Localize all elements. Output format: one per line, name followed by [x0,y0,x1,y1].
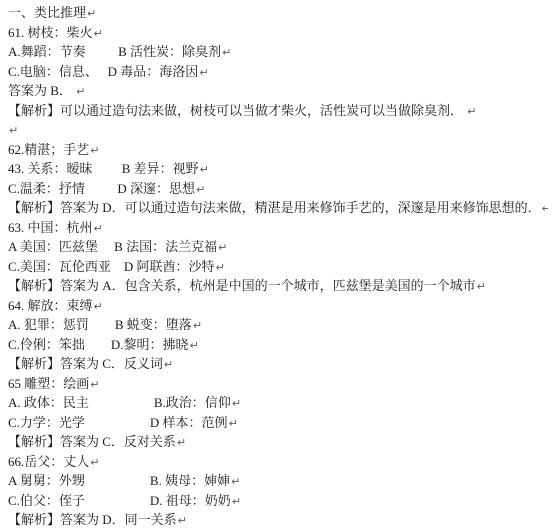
paragraph-mark-icon: ↵ [195,183,205,196]
q63-options-ab: A 美国：匹兹堡 B 法国：法兰克福↵ [8,237,548,257]
q64-options-cd-text: C.伶俐：笨拙 D.黎明：拂晓 [8,337,189,352]
paragraph-mark-icon: ↵ [476,280,486,293]
paragraph-mark-icon: ↵ [176,436,186,449]
q61-stem: 61. 树枝：柴火↵ [8,23,548,43]
exam-document-page: 一、类比推理↵ 61. 树枝：柴火↵ A.舞蹈：节奏 B 活性炭：除臭剂↵ C.… [0,0,553,528]
paragraph-mark-icon: ↵ [228,417,238,430]
q65-options-ab-text: A. 政体：民主 B.政治：信仰 [8,395,231,410]
q64-stem-text: 64. 解放：束缚 [8,298,93,313]
paragraph-mark-icon: ↵ [231,397,241,410]
q61-options-cd: C.电脑：信息、 D 毒品：海洛因↵ [8,62,548,82]
q66-options-cd: C.伯父：侄子 D. 祖母：奶奶↵ [8,491,548,511]
q65-options-ab: A. 政体：民主 B.政治：信仰↵ [8,393,548,413]
paragraph-mark-icon: ↵ [189,339,199,352]
paragraph-mark-icon: ↵ [89,378,99,391]
q63-options-cd-text: C.美国：瓦伦西亚 D 阿联酋：沙特 [8,259,215,274]
q63-analysis: 【解析】答案为 A．包含关系，杭州是中国的一个城市，匹兹堡是美国的一个城市↵ [8,276,548,296]
q62-options-ab-text: 43. 关系：暧昧 B 差异：视野 [8,161,199,176]
q64-stem: 64. 解放：束缚↵ [8,296,548,316]
paragraph-mark-icon: ↵ [163,358,173,371]
q62-options-cd: C.温柔：抒情 D 深邃：思想↵ [8,179,548,199]
section-title-text: 一、类比推理 [8,5,86,20]
q63-stem-text: 63. 中国：杭州 [8,220,93,235]
paragraph-mark-icon: ↵ [199,163,209,176]
blank-line: ↵ [8,120,548,140]
q62-analysis: 【解析】答案为 D．可以通过造句法来做，精湛是用来修饰手艺的，深邃是用来修饰思想… [8,198,548,218]
q61-options-ab: A.舞蹈：节奏 B 活性炭：除臭剂↵ [8,42,548,62]
q64-options-ab: A. 犯罪：惩罚 B 蜕变：堕落↵ [8,315,548,335]
q65-analysis: 【解析】答案为 C．反对关系↵ [8,432,548,452]
q62-analysis-text: 【解析】答案为 D．可以通过造句法来做，精湛是用来修饰手艺的，深邃是用来修饰思想… [8,200,541,215]
q61-answer-text: 答案为 B． [8,83,75,98]
q61-analysis: 【解析】可以通过造句法来做，树枝可以当做才柴火，活性炭可以当做除臭剂． ↵ [8,101,548,121]
q63-stem: 63. 中国：杭州↵ [8,218,548,238]
q66-analysis-text: 【解析】答案为 D．同一关系 [8,512,177,527]
paragraph-mark-icon: ↵ [93,300,103,313]
paragraph-mark-icon: ↵ [8,124,18,137]
q62-stem: 62.精湛；手艺↵ [8,140,548,160]
q66-stem-text: 66.岳父：丈人 [8,454,89,469]
q62-options-ab: 43. 关系：暧昧 B 差异：视野↵ [8,159,548,179]
q66-analysis: 【解析】答案为 D．同一关系↵ [8,510,548,528]
q66-options-ab-text: A 舅舅：外甥 B. 姨母：婶婶 [8,473,230,488]
q61-analysis-text: 【解析】可以通过造句法来做，树枝可以当做才柴火，活性炭可以当做除臭剂． [8,103,466,118]
paragraph-mark-icon: ↵ [466,105,476,118]
paragraph-mark-icon: ↵ [177,514,187,527]
q63-options-ab-text: A 美国：匹兹堡 B 法国：法兰克福 [8,239,217,254]
q65-analysis-text: 【解析】答案为 C．反对关系 [8,434,176,449]
q65-stem-text: 65 雕塑：绘画 [8,376,89,391]
paragraph-mark-icon: ↵ [217,241,227,254]
q64-analysis: 【解析】答案为 C．反义词↵ [8,354,548,374]
paragraph-mark-icon: ↵ [89,144,99,157]
paragraph-mark-icon: ↵ [75,85,85,98]
q65-stem: 65 雕塑：绘画↵ [8,374,548,394]
paragraph-mark-icon: ↵ [198,66,208,79]
q63-analysis-text: 【解析】答案为 A．包含关系，杭州是中国的一个城市，匹兹堡是美国的一个城市 [8,278,476,293]
q62-stem-text: 62.精湛；手艺 [8,142,89,157]
q61-answer: 答案为 B． ↵ [8,81,548,101]
q66-stem: 66.岳父：丈人↵ [8,452,548,472]
paragraph-mark-icon: ↵ [541,202,548,215]
paragraph-mark-icon: ↵ [93,222,103,235]
q62-options-cd-text: C.温柔：抒情 D 深邃：思想 [8,181,195,196]
q61-options-cd-text: C.电脑：信息、 D 毒品：海洛因 [8,64,198,79]
q64-analysis-text: 【解析】答案为 C．反义词 [8,356,163,371]
q65-options-cd: C.力学：光学 D 样本：范例↵ [8,413,548,433]
paragraph-mark-icon: ↵ [215,261,225,274]
paragraph-mark-icon: ↵ [221,46,231,59]
paragraph-mark-icon: ↵ [230,475,240,488]
paragraph-mark-icon: ↵ [192,319,202,332]
q66-options-ab: A 舅舅：外甥 B. 姨母：婶婶↵ [8,471,548,491]
q65-options-cd-text: C.力学：光学 D 样本：范例 [8,415,228,430]
paragraph-mark-icon: ↵ [89,456,99,469]
q64-options-cd: C.伶俐：笨拙 D.黎明：拂晓↵ [8,335,548,355]
q66-options-cd-text: C.伯父：侄子 D. 祖母：奶奶 [8,493,231,508]
paragraph-mark-icon: ↵ [93,27,103,40]
paragraph-mark-icon: ↵ [231,495,241,508]
q64-options-ab-text: A. 犯罪：惩罚 B 蜕变：堕落 [8,317,192,332]
q63-options-cd: C.美国：瓦伦西亚 D 阿联酋：沙特↵ [8,257,548,277]
section-title: 一、类比推理↵ [8,3,548,23]
paragraph-mark-icon: ↵ [86,7,96,20]
q61-options-ab-text: A.舞蹈：节奏 B 活性炭：除臭剂 [8,44,221,59]
q61-stem-text: 61. 树枝：柴火 [8,25,93,40]
